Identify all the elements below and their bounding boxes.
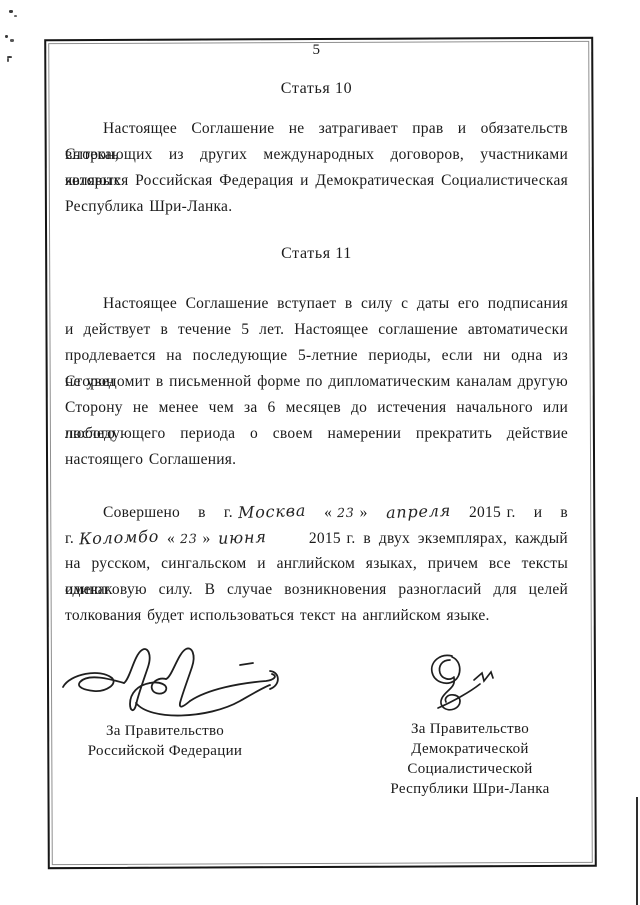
caption-line: Российской Федерации: [62, 741, 268, 761]
article-10-paragraph: Настоящее Соглашение не затрагивает прав…: [65, 116, 568, 220]
article-10-title: Статья 10: [65, 80, 568, 98]
scan-speck: [10, 39, 14, 42]
printed-word: в: [363, 526, 371, 552]
printed-word: экземплярах,: [418, 526, 507, 552]
caption-line: Республики Шри-Ланка: [366, 779, 574, 799]
scan-speck: [9, 10, 13, 13]
closing-line-1: Совершено в г.Москва «23» апреля 2015 г.…: [65, 499, 568, 525]
caption-line: За Правительство: [366, 719, 574, 739]
paragraph-line: последующего периода о своем намерении п…: [65, 421, 568, 447]
handwritten-month-june: июня: [218, 524, 268, 552]
paragraph-line: являются Российская Федерация и Демократ…: [65, 168, 568, 194]
scan-speck: [5, 35, 8, 38]
scanned-agreement-page: 5 Статья 10 Настоящее Соглашение не затр…: [0, 0, 640, 905]
caption-line: Демократической: [366, 739, 574, 759]
caption-russia: За Правительство Российской Федерации: [62, 721, 268, 761]
scan-edge-artifact: [636, 797, 638, 905]
printed-word: г.: [65, 526, 74, 552]
day-group: «23»: [324, 500, 368, 526]
printed-year: 2015 г.: [469, 500, 516, 526]
city-group: г.Коломбо: [65, 525, 159, 552]
handwritten-day: 23: [180, 526, 198, 552]
scan-speck: [7, 58, 9, 62]
handwritten-month-april: апреля: [385, 498, 451, 526]
quote-close: »: [202, 526, 210, 552]
paragraph-line: не уведомит в письменной форме по диплом…: [65, 369, 568, 395]
printed-word: г.: [224, 500, 233, 526]
closing-line-3: на русском, сингальском и английском язы…: [65, 551, 568, 577]
closing-clause: Совершено в г.Москва «23» апреля 2015 г.…: [65, 499, 568, 629]
printed-word: каждый: [515, 526, 568, 552]
signature-russia: [58, 643, 290, 719]
printed-word: двух: [379, 526, 410, 552]
printed-word: в: [198, 500, 206, 526]
printed-year: 2015 г.: [309, 526, 356, 552]
printed-word: и: [534, 500, 543, 526]
article-11-paragraph: Настоящее Соглашение вступает в силу с д…: [65, 291, 568, 473]
paragraph-line: настоящего Соглашения.: [65, 447, 568, 473]
paragraph-line: Республика Шри-Ланка.: [65, 194, 568, 220]
caption-line: За Правительство: [62, 721, 268, 741]
caption-sri-lanka: За Правительство Демократической Социали…: [366, 719, 574, 799]
paragraph-line: Настоящее Соглашение вступает в силу с д…: [65, 291, 568, 317]
closing-line-4: одинаковую силу. В случае возникновения …: [65, 577, 568, 603]
handwritten-city-colombo: Коломбо: [79, 524, 160, 553]
paragraph-line: Настоящее Соглашение не затрагивает прав…: [65, 116, 568, 142]
handwritten-day: 23: [337, 500, 355, 526]
printed-word: Совершено: [103, 500, 180, 526]
city-group: г.Москва: [224, 499, 306, 526]
handwritten-city-moscow: Москва: [237, 498, 306, 526]
page-number: 5: [65, 42, 568, 59]
scan-speck: [14, 15, 17, 17]
paragraph-line: вытекающих из других международных догов…: [65, 142, 568, 168]
printed-word: в: [560, 500, 568, 526]
quote-open: «: [167, 526, 175, 552]
day-group: «23»: [167, 526, 211, 552]
paragraph-line: и действует в течение 5 лет. Настоящее с…: [65, 317, 568, 343]
quote-close: »: [360, 500, 368, 526]
caption-line: Социалистической: [366, 759, 574, 779]
paragraph-line: продлевается на последующие 5-летние пер…: [65, 343, 568, 369]
quote-open: «: [324, 500, 332, 526]
article-11-title: Статья 11: [65, 245, 568, 263]
signature-sri-lanka: [418, 648, 520, 714]
closing-line-2: г.Коломбо «23» июня 2015 г. в двух экзем…: [65, 525, 568, 551]
paragraph-line: Сторону не менее чем за 6 месяцев до ист…: [65, 395, 568, 421]
closing-line-5: толкования будет использоваться текст на…: [65, 603, 568, 629]
